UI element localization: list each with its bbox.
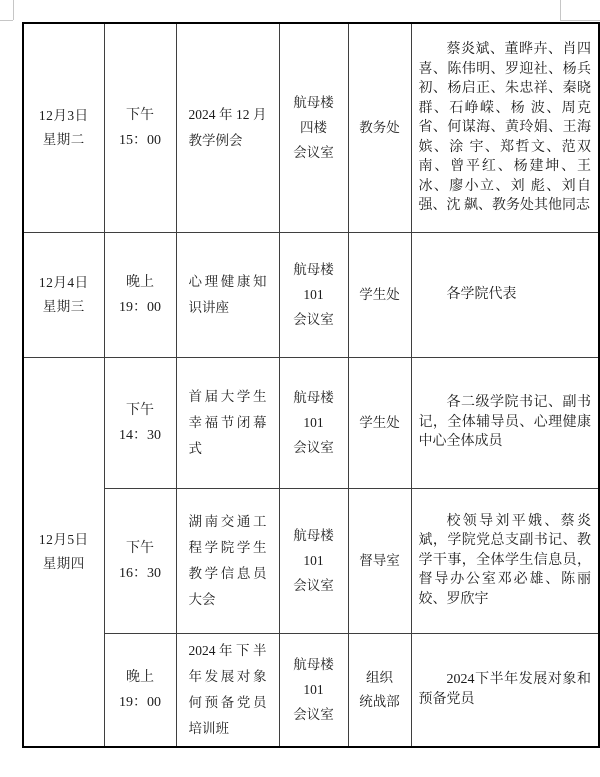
schedule-table: 12月3日 星期二 下午 15：00 2024年12月教学例会 航母楼 四楼 会… [22,22,600,748]
department-cell: 督导室 [348,488,411,633]
department-cell: 教务处 [348,23,411,232]
document-page: 12月3日 星期二 下午 15：00 2024年12月教学例会 航母楼 四楼 会… [0,0,600,777]
time-cell: 下午 16：30 [104,488,176,633]
participants-cell: 各二级学院书记、副书记，全体辅导员、心理健康中心全体成员 [411,357,599,488]
date-cell: 12月4日 星期三 [23,232,104,357]
event-cell: 心理健康知识讲座 [176,232,279,357]
location-cell: 航母楼 101 会议室 [279,488,348,633]
time-cell: 下午 15：00 [104,23,176,232]
margin-crop-mark-top-left-horizontal [0,20,13,21]
schedule-row: 12月3日 星期二 下午 15：00 2024年12月教学例会 航母楼 四楼 会… [23,23,599,232]
department-cell: 学生处 [348,357,411,488]
time-cell: 晚上 19：00 [104,633,176,747]
time-cell: 下午 14：30 [104,357,176,488]
department-cell: 学生处 [348,232,411,357]
date-cell: 12月5日 星期四 [23,357,104,747]
participants-cell: 各学院代表 [411,232,599,357]
schedule-row: 12月4日 星期三 晚上 19：00 心理健康知识讲座 航母楼 101 会议室 … [23,232,599,357]
margin-crop-mark-top-right-horizontal [560,20,600,21]
department-cell: 组织 统战部 [348,633,411,747]
location-cell: 航母楼 四楼 会议室 [279,23,348,232]
location-cell: 航母楼 101 会议室 [279,232,348,357]
event-cell: 首届大学生幸福节闭幕式 [176,357,279,488]
time-cell: 晚上 19：00 [104,232,176,357]
location-cell: 航母楼 101 会议室 [279,633,348,747]
schedule-row: 晚上 19：00 2024年下半年发展对象何预备党员培训班 航母楼 101 会议… [23,633,599,747]
location-cell: 航母楼 101 会议室 [279,357,348,488]
participants-cell: 校领导刘平娥、蔡炎斌，学院党总支副书记、教学干事，全体学生信息员，督导办公室邓必… [411,488,599,633]
date-cell: 12月3日 星期二 [23,23,104,232]
event-cell: 2024年12月教学例会 [176,23,279,232]
schedule-row: 12月5日 星期四 下午 14：30 首届大学生幸福节闭幕式 航母楼 101 会… [23,357,599,488]
margin-crop-mark-top-right-vertical [560,0,561,20]
schedule-row: 下午 16：30 湖南交通工程学院学生教学信息员大会 航母楼 101 会议室 督… [23,488,599,633]
participants-cell: 蔡炎斌、董晔卉、肖四喜、陈伟明、罗迎社、杨兵初、杨启正、朱忠祥、秦晓群、石峥嵘、… [411,23,599,232]
margin-crop-mark-top-left-vertical [13,0,14,20]
participants-cell: 2024下半年发展对象和预备党员 [411,633,599,747]
event-cell: 湖南交通工程学院学生教学信息员大会 [176,488,279,633]
event-cell: 2024年下半年发展对象何预备党员培训班 [176,633,279,747]
